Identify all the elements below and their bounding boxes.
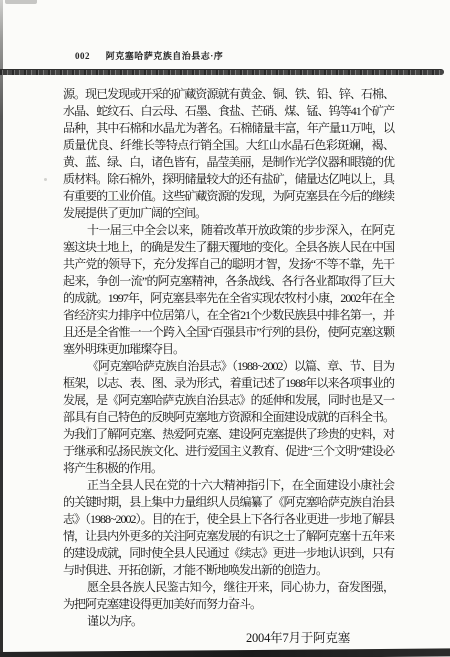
paragraph: 正当全县人民在党的十六大精神指引下，在全面建设小康社会的关键时期，县上集中力量组… <box>63 477 394 579</box>
scan-noise-speck <box>104 372 108 375</box>
paragraph: 《阿克塞哈萨克族自治县志》（1988~2002）以篇、章、节、目为框架，以志、表… <box>63 358 394 477</box>
scan-left-edge-shadow <box>0 0 3 657</box>
closing-line: 谨以为序。 <box>63 613 394 630</box>
scan-corner-smudge <box>5 0 37 4</box>
running-header: 002 阿克塞哈萨克族自治县志·序 <box>75 49 223 62</box>
scan-noise-speck <box>86 426 89 429</box>
scan-noise-speck <box>44 178 47 181</box>
dateline: 2004年7月于阿克塞 <box>63 630 394 647</box>
scan-noise-speck <box>229 596 232 598</box>
preface-body: 源。现已发现或开采的矿藏资源就有黄金、铜、铁、铅、锌、石棉、水晶、蛇纹石、白云母… <box>63 86 394 647</box>
paragraph: 十一届三中全会以来，随着改革开放政策的步步深入，在阿克塞这块土地上，的确是发生了… <box>63 222 394 358</box>
header-rule <box>0 69 444 75</box>
page-number: 002 <box>75 51 90 61</box>
running-title: 阿克塞哈萨克族自治县志·序 <box>106 51 224 61</box>
scanned-preface-page: 002 阿克塞哈萨克族自治县志·序 源。现已发现或开采的矿藏资源就有黄金、铜、铁… <box>0 0 450 657</box>
paragraph-continuation: 源。现已发现或开采的矿藏资源就有黄金、铜、铁、铅、锌、石棉、水晶、蛇纹石、白云母… <box>63 86 394 222</box>
scan-bottom-edge <box>0 648 450 657</box>
